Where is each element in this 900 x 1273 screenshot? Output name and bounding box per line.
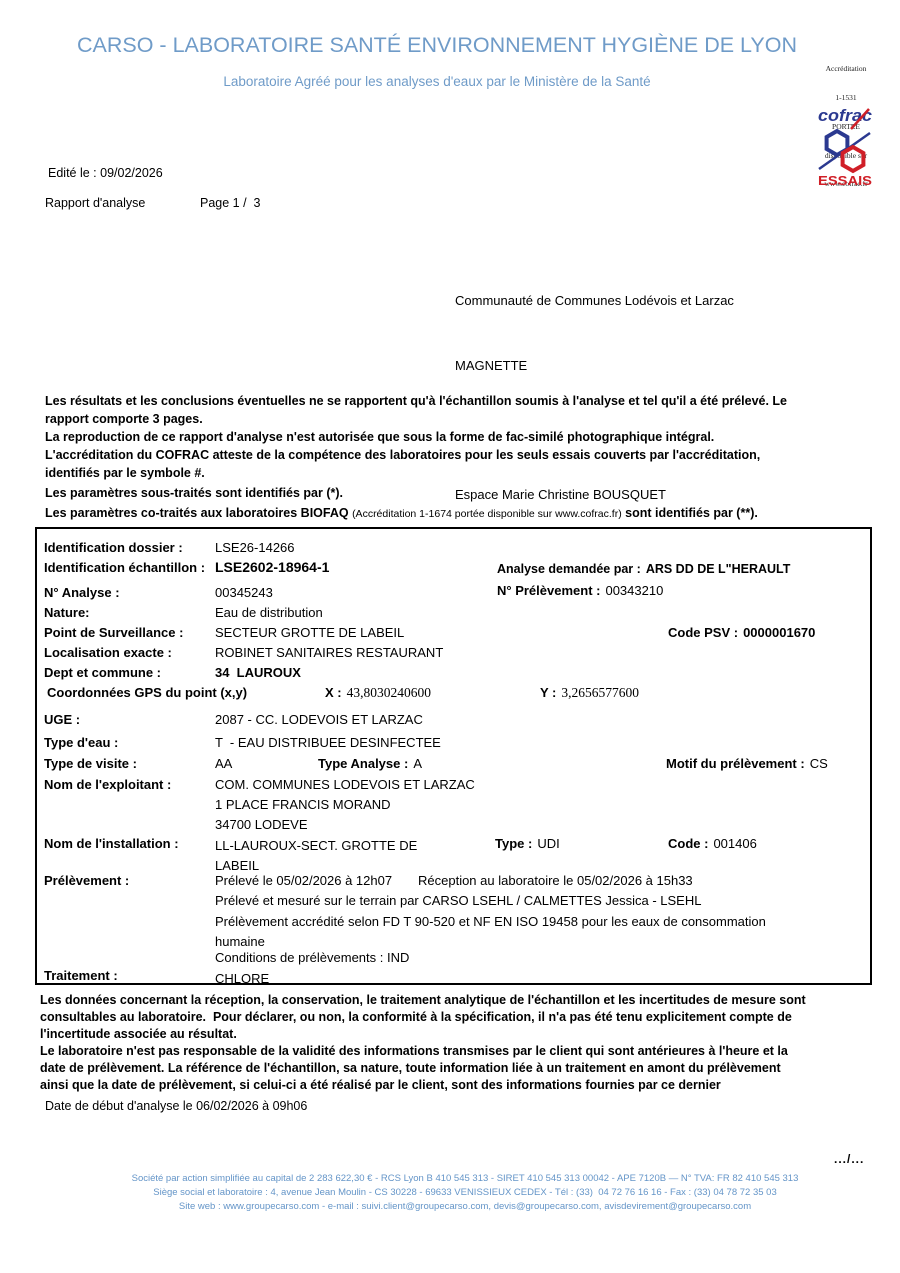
installation-code: Code :001406: [668, 836, 757, 851]
type-visite-label: Type de visite :: [44, 756, 137, 771]
num-prelevement: N° Prélèvement :00343210: [497, 583, 663, 598]
code-psv-value: 0000001670: [743, 625, 815, 640]
prelevement-date: Prélevé le 05/02/2026 à 12h07: [215, 873, 392, 888]
installation-type-value: UDI: [537, 836, 559, 851]
edited-date: Edité le : 09/02/2026: [48, 166, 163, 180]
sample-identification-box: Identification dossier : LSE26-14266 Ide…: [35, 527, 872, 985]
prelevement-reception: Réception au laboratoire le 05/02/2026 à…: [418, 873, 693, 888]
gps-label: Coordonnées GPS du point (x,y): [47, 685, 247, 700]
notice-cotreated-accreditation: (Accréditation 1-1674 portée disponible …: [352, 508, 622, 520]
gps-x-value: 43,8030240600: [347, 685, 431, 700]
footnote-data-reception: Les données concernant la réception, la …: [40, 992, 878, 1043]
nature-label: Nature:: [44, 605, 90, 620]
notice-cotreated: Les paramètres co-traités aux laboratoir…: [45, 504, 869, 523]
page-title: CARSO - LABORATOIRE SANTÉ ENVIRONNEMENT …: [0, 33, 874, 58]
exploitant-line3: 34700 LODEVE: [215, 817, 308, 832]
gps-y-label: Y :: [540, 685, 556, 700]
uge-label: UGE :: [44, 712, 80, 727]
installation-label: Nom de l'installation :: [44, 836, 179, 851]
dept-commune-label: Dept et commune :: [44, 665, 161, 680]
id-echantillon-label: Identification échantillon :: [44, 560, 205, 575]
accreditation-line: Accréditation: [800, 64, 892, 74]
cofrac-essais-label: ESSAIS: [818, 173, 872, 187]
cofrac-logo-icon: cofrac ESSAIS: [817, 105, 873, 187]
footer-legal-line: Société par action simplifiée au capital…: [30, 1172, 900, 1186]
footer-web-line: Site web : www.groupecarso.com - e-mail …: [30, 1200, 900, 1214]
nature-value: Eau de distribution: [215, 605, 323, 620]
installation-type: Type :UDI: [495, 836, 560, 851]
notice-cotreated-start: Les paramètres co-traités aux laboratoir…: [45, 506, 352, 520]
prelevement-operator: Prélevé et mesuré sur le terrain par CAR…: [215, 893, 701, 908]
notice-reproduction: La reproduction de ce rapport d'analyse …: [45, 428, 869, 446]
company-footer: Société par action simplifiée au capital…: [30, 1172, 900, 1214]
motif-prelevement-value: CS: [810, 756, 828, 771]
prelevement-conditions: Conditions de prélèvements : IND: [215, 950, 409, 965]
point-surveillance-value: SECTEUR GROTTE DE LABEIL: [215, 625, 404, 640]
installation-value: LL-LAUROUX-SECT. GROTTE DE LABEIL: [215, 836, 417, 876]
notice-cotreated-end: sont identifiés par (**).: [622, 506, 758, 520]
footnotes: Les données concernant la réception, la …: [40, 992, 878, 1094]
gps-x-label: X :: [325, 685, 342, 700]
gps-y: Y :3,2656577600: [540, 685, 639, 701]
report-type-label: Rapport d'analyse: [45, 196, 145, 210]
analysis-start-date: Date de début d'analyse le 06/02/2026 à …: [45, 1099, 307, 1113]
prelevement-accreditation: Prélèvement accrédité selon FD T 90-520 …: [215, 912, 766, 952]
uge-value: 2087 - CC. LODEVOIS ET LARZAC: [215, 712, 423, 727]
type-eau-value: T - EAU DISTRIBUEE DESINFECTEE: [215, 735, 441, 750]
footnote-client-responsibility: Le laboratoire n'est pas responsable de …: [40, 1043, 878, 1094]
notice-results-scope: Les résultats et les conclusions éventue…: [45, 392, 869, 428]
exploitant-line2: 1 PLACE FRANCIS MORAND: [215, 797, 391, 812]
gps-y-value: 3,2656577600: [561, 685, 639, 700]
exploitant-label: Nom de l'exploitant :: [44, 777, 171, 792]
exploitant-line1: COM. COMMUNES LODEVOIS ET LARZAC: [215, 777, 475, 792]
traitement-value: CHLORE: [215, 971, 269, 986]
num-prelevement-label: N° Prélèvement :: [497, 583, 600, 598]
num-analyse-label: N° Analyse :: [44, 585, 120, 600]
motif-prelevement-label: Motif du prélèvement :: [666, 756, 805, 771]
motif-prelevement: Motif du prélèvement :CS: [666, 756, 828, 771]
installation-code-label: Code :: [668, 836, 708, 851]
type-analyse-value: A: [413, 756, 422, 771]
type-visite-value: AA: [215, 756, 232, 771]
accreditation-line: 1-1531: [800, 93, 892, 103]
footer-address-line: Siège social et laboratoire : 4, avenue …: [30, 1186, 900, 1200]
point-surveillance-label: Point de Surveillance :: [44, 625, 183, 640]
analyse-demandee-value: ARS DD DE L"HERAULT: [646, 562, 791, 576]
dept-commune-value: 34 LAUROUX: [215, 665, 301, 680]
type-eau-label: Type d'eau :: [44, 735, 118, 750]
num-prelevement-value: 00343210: [605, 583, 663, 598]
cofrac-hexagon-red: [843, 147, 864, 171]
code-psv: Code PSV :0000001670: [668, 625, 815, 640]
type-analyse: Type Analyse :A: [318, 756, 422, 771]
analyse-demandee-label: Analyse demandée par :: [497, 562, 641, 576]
installation-code-value: 001406: [713, 836, 756, 851]
page-number: Page 1 / 3: [200, 196, 260, 210]
notice-subcontracted: Les paramètres sous-traités sont identif…: [45, 484, 869, 502]
id-dossier-label: Identification dossier :: [44, 540, 183, 555]
notice-cofrac: L'accréditation du COFRAC atteste de la …: [45, 446, 869, 482]
localisation-label: Localisation exacte :: [44, 645, 172, 660]
localisation-value: ROBINET SANITAIRES RESTAURANT: [215, 645, 443, 660]
num-analyse-value: 00345243: [215, 585, 273, 600]
recipient-org: Communauté de Communes Lodévois et Larza…: [455, 290, 734, 312]
code-psv-label: Code PSV :: [668, 625, 738, 640]
recipient-name: MAGNETTE: [455, 355, 734, 377]
page-subtitle: Laboratoire Agréé pour les analyses d'ea…: [0, 74, 874, 89]
type-analyse-label: Type Analyse :: [318, 756, 408, 771]
id-dossier-value: LSE26-14266: [215, 540, 295, 555]
lab-report-page: CARSO - LABORATOIRE SANTÉ ENVIRONNEMENT …: [0, 0, 900, 1273]
installation-type-label: Type :: [495, 836, 532, 851]
analyse-demandee: Analyse demandée par :ARS DD DE L"HERAUL…: [497, 562, 790, 576]
traitement-label: Traitement :: [44, 968, 118, 983]
gps-x: X :43,8030240600: [325, 685, 431, 701]
continuation-mark: .../...: [834, 1152, 864, 1166]
id-echantillon-value: LSE2602-18964-1: [215, 559, 329, 575]
prelevement-label: Prélèvement :: [44, 873, 129, 888]
legal-notices: Les résultats et les conclusions éventue…: [45, 392, 869, 523]
